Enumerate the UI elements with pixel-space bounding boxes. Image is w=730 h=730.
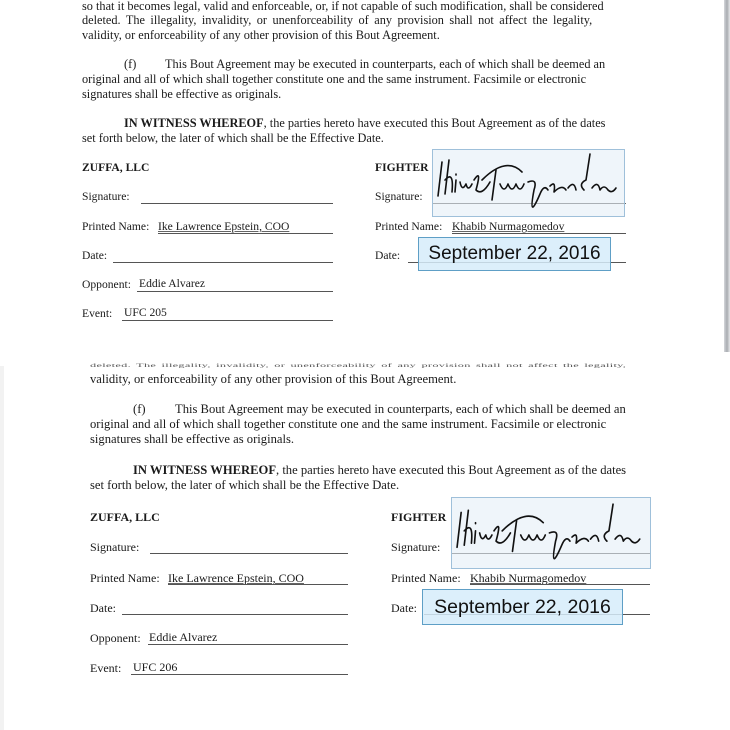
scrollbar[interactable] [724, 0, 730, 366]
clause-text: validity, or enforceability of any other… [90, 372, 456, 387]
date-annotation[interactable]: September 22, 2016 [418, 237, 611, 271]
opponent-line [137, 291, 333, 292]
date-annotation[interactable]: September 22, 2016 [422, 589, 623, 625]
clause-text: This Bout Agreement may be executed in c… [175, 402, 626, 417]
opponent-label: Opponent: [90, 631, 141, 646]
clause-text: original and all of which shall together… [90, 417, 606, 432]
date-label: Date: [90, 601, 116, 616]
signature-label: Signature: [375, 190, 423, 203]
cut-off-text: deleted. The illegality, invalidity, or … [90, 362, 626, 369]
printed-name-line [158, 233, 333, 234]
printed-name-line [452, 233, 626, 234]
clause-marker: (f) [133, 402, 146, 417]
party-heading-zuffa: ZUFFA, LLC [90, 510, 160, 525]
date-line[interactable] [113, 262, 333, 263]
clause-text: validity, or enforceability of any other… [82, 28, 440, 43]
party-heading-fighter: FIGHTER [391, 510, 446, 525]
witness-text: IN WITNESS WHEREOF, the parties hereto h… [133, 463, 626, 478]
witness-text: IN WITNESS WHEREOF, the parties hereto h… [124, 116, 605, 131]
party-heading-zuffa: ZUFFA, LLC [82, 161, 149, 174]
page-edge [0, 366, 4, 730]
printed-name-value: Khabib Nurmagomedov [452, 220, 564, 233]
opponent-value: Eddie Alvarez [149, 630, 217, 645]
opponent-label: Opponent: [82, 278, 131, 291]
clause-text: signatures shall be effective as origina… [90, 432, 294, 447]
event-label: Event: [90, 661, 121, 676]
printed-name-value: Ike Lawrence Epstein, COO [158, 220, 289, 233]
signature-label: Signature: [82, 190, 130, 203]
handwritten-signature-icon [436, 150, 626, 220]
clause-text: original and all of which shall together… [82, 72, 586, 87]
witness-text: set forth below, the later of which shal… [82, 131, 384, 146]
event-line [122, 320, 333, 321]
signature-line[interactable] [150, 553, 348, 554]
event-label: Event: [82, 307, 112, 320]
document-page-top: so that it becomes legal, valid and enfo… [0, 0, 730, 366]
clause-marker: (f) [124, 57, 136, 72]
event-value: UFC 206 [133, 660, 177, 675]
clause-text: deleted. The illegality, invalidity, or … [82, 13, 592, 28]
opponent-line [148, 644, 348, 645]
clause-text: This Bout Agreement may be executed in c… [165, 57, 605, 72]
signature-line[interactable] [141, 203, 333, 204]
date-label: Date: [375, 249, 400, 262]
clause-text: signatures shall be effective as origina… [82, 87, 281, 102]
opponent-value: Eddie Alvarez [139, 277, 205, 290]
printed-name-label: Printed Name: [391, 571, 461, 586]
document-page-bottom: deleted. The illegality, invalidity, or … [0, 352, 730, 730]
printed-name-line [168, 584, 348, 585]
party-heading-fighter: FIGHTER [375, 161, 428, 174]
signature-label: Signature: [90, 540, 139, 555]
date-label: Date: [82, 249, 107, 262]
signature-label: Signature: [391, 540, 440, 555]
printed-name-line [470, 584, 650, 585]
event-value: UFC 205 [124, 306, 167, 319]
witness-text: set forth below, the later of which shal… [90, 478, 399, 493]
event-line [131, 674, 348, 675]
date-label: Date: [391, 601, 417, 616]
printed-name-label: Printed Name: [82, 220, 149, 233]
printed-name-label: Printed Name: [375, 220, 442, 233]
handwritten-signature-icon [455, 500, 650, 572]
printed-name-label: Printed Name: [90, 571, 160, 586]
date-line[interactable] [122, 614, 348, 615]
